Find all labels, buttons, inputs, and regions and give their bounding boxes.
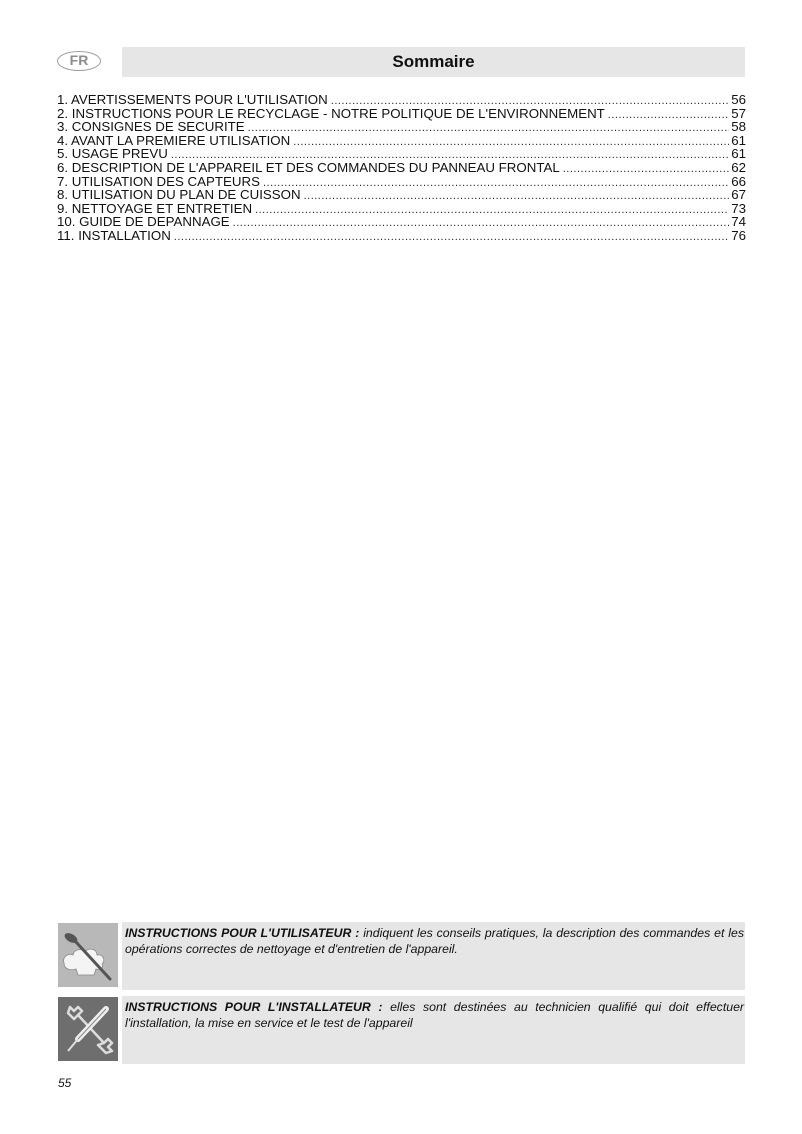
toc-entry[interactable]: 9. NETTOYAGE ET ENTRETIEN73 — [57, 202, 746, 216]
toc-entry-page: 74 — [729, 215, 746, 229]
toc-leader-dots — [174, 231, 729, 245]
toc-entry[interactable]: 7. UTILISATION DES CAPTEURS66 — [57, 175, 746, 189]
toc-entry-label: 7. UTILISATION DES CAPTEURS — [57, 175, 263, 189]
toc-entry-page: 61 — [729, 147, 746, 161]
toc-entry-label: 1. AVERTISSEMENTS POUR L'UTILISATION — [57, 93, 331, 107]
toc-entry-page: 58 — [729, 120, 746, 134]
toc-entry-page: 61 — [729, 134, 746, 148]
wrench-screwdriver-icon — [58, 997, 118, 1061]
toc-entry-page: 67 — [729, 188, 746, 202]
user-instructions-title: INSTRUCTIONS POUR L'UTILISATEUR : — [125, 926, 359, 940]
toc-entry-page: 62 — [729, 161, 746, 175]
toc-entry-page: 66 — [729, 175, 746, 189]
toc-entry[interactable]: 1. AVERTISSEMENTS POUR L'UTILISATION56 — [57, 93, 746, 107]
toc-leader-dots — [304, 190, 730, 204]
table-of-contents: 1. AVERTISSEMENTS POUR L'UTILISATION562.… — [57, 93, 746, 243]
toc-entry-label: 6. DESCRIPTION DE L'APPAREIL ET DES COMM… — [57, 161, 563, 175]
toc-leader-dots — [233, 217, 730, 231]
installer-instructions-panel: INSTRUCTIONS POUR L'INSTALLATEUR : elles… — [122, 996, 745, 1064]
toc-entry-page: 76 — [729, 229, 746, 243]
user-instructions-note: INSTRUCTIONS POUR L'UTILISATEUR : indiqu… — [58, 922, 746, 990]
toc-entry-label: 8. UTILISATION DU PLAN DE CUISSON — [57, 188, 304, 202]
installer-instructions-title: INSTRUCTIONS POUR L'INSTALLATEUR : — [125, 1000, 382, 1014]
toc-entry[interactable]: 2. INSTRUCTIONS POUR LE RECYCLAGE - NOTR… — [57, 107, 746, 121]
toc-leader-dots — [563, 163, 729, 177]
toc-entry-page: 73 — [729, 202, 746, 216]
toc-entry-label: 2. INSTRUCTIONS POUR LE RECYCLAGE - NOTR… — [57, 107, 608, 121]
toc-leader-dots — [255, 204, 729, 218]
chef-hat-spoon-icon — [58, 923, 118, 987]
toc-leader-dots — [293, 136, 729, 150]
toc-entry-label: 3. CONSIGNES DE SECURITE — [57, 120, 248, 134]
page-title: Sommaire — [392, 52, 474, 72]
toc-entry[interactable]: 8. UTILISATION DU PLAN DE CUISSON67 — [57, 188, 746, 202]
toc-entry[interactable]: 6. DESCRIPTION DE L'APPAREIL ET DES COMM… — [57, 161, 746, 175]
toc-leader-dots — [248, 122, 730, 136]
toc-entry[interactable]: 3. CONSIGNES DE SECURITE58 — [57, 120, 746, 134]
toc-entry-label: 4. AVANT LA PREMIERE UTILISATION — [57, 134, 293, 148]
toc-entry-page: 57 — [729, 107, 746, 121]
toc-entry[interactable]: 10. GUIDE DE DEPANNAGE74 — [57, 215, 746, 229]
toc-entry-label: 9. NETTOYAGE ET ENTRETIEN — [57, 202, 255, 216]
toc-entry-label: 10. GUIDE DE DEPANNAGE — [57, 215, 233, 229]
toc-entry-label: 11. INSTALLATION — [57, 229, 174, 243]
toc-entry[interactable]: 4. AVANT LA PREMIERE UTILISATION61 — [57, 134, 746, 148]
page-number: 55 — [58, 1076, 71, 1090]
user-instructions-panel: INSTRUCTIONS POUR L'UTILISATEUR : indiqu… — [122, 922, 745, 990]
toc-entry-page: 56 — [729, 93, 746, 107]
toc-leader-dots — [263, 177, 729, 191]
language-badge: FR — [57, 51, 101, 71]
section-header: Sommaire — [122, 47, 745, 77]
toc-entry-label: 5. USAGE PREVU — [57, 147, 171, 161]
toc-entry[interactable]: 11. INSTALLATION76 — [57, 229, 746, 243]
toc-leader-dots — [608, 109, 729, 123]
toc-entry[interactable]: 5. USAGE PREVU61 — [57, 147, 746, 161]
installer-instructions-note: INSTRUCTIONS POUR L'INSTALLATEUR : elles… — [58, 996, 746, 1064]
